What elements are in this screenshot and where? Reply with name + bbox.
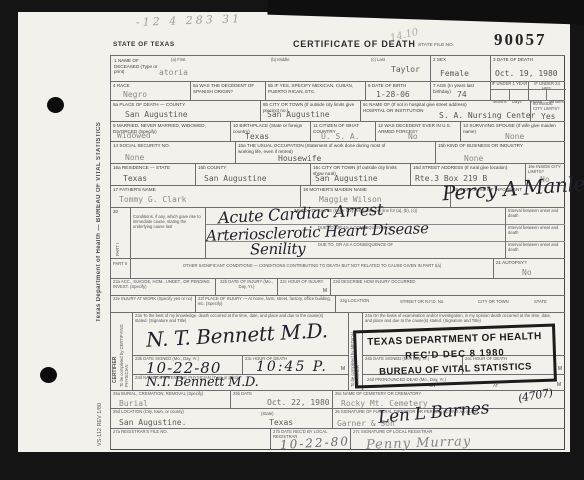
injury-manner-label: 22a ACC., SUICIDE, HOM., UNDET., OR PEND…	[111, 279, 215, 291]
birthplace-value: Texas	[245, 132, 269, 141]
field-disposition-date: 25b DATE Oct. 22, 1980	[230, 390, 332, 408]
cause-underlying-value-2: Senility	[250, 240, 306, 259]
field-sex: 2 SEX Female	[430, 55, 490, 81]
part2-number-cell: PART II	[110, 258, 130, 278]
field-marital-status: 9 MARRIED, NEVER MARRIED, WIDOWED, DIVOR…	[110, 121, 230, 141]
punch-hole-bottom	[40, 367, 57, 383]
birthplace-label: 10 BIRTHPLACE (State or foreign country)	[231, 122, 310, 135]
injury-city-label: CITY OR TOWN	[476, 299, 511, 306]
under-one-year-label: IF UNDER 1 YEAR	[491, 82, 528, 87]
death-inside-city-label: 8d INSIDE CITY LIMITS?	[531, 101, 565, 113]
field-father-name: 17 FATHER'S NAME Tommy G. Clark	[110, 185, 300, 207]
injury-describe-label: 22d DESCRIBE HOW INJURY OCCURRED	[331, 279, 565, 286]
age-value: 74	[457, 90, 467, 99]
cause-conditions-note: Conditions, if any, which gave rise to i…	[131, 214, 205, 230]
field-under-24-hours: IF UNDER 24 HRS. Hours Minutes	[528, 81, 565, 100]
field-injury-date: 22b DATE OF INJURY (Mo., Day, Yr.)	[215, 278, 277, 295]
injury-state-label: STATE	[532, 299, 549, 306]
injury-street-label: STREET OR R.F.D. No.	[398, 299, 446, 306]
disposition-type-label: 25a BURIAL, CREMATION, REMOVAL (Specify)	[111, 391, 230, 398]
part2-label: PART II	[111, 259, 130, 268]
field-disposition-location: 25d LOCATION (City, town, or county) (St…	[110, 408, 332, 428]
field-spanish-specify: 5b IF YES, SPECIFY MEXICAN, CUBAN, PUERT…	[265, 81, 365, 100]
field-under-one-year: IF UNDER 1 YEAR Months Days	[490, 81, 528, 100]
death-inside-city-value: Yes	[541, 112, 555, 121]
stamp-line-1: TEXAS DEPARTMENT OF HEALTH	[356, 332, 552, 349]
certifier-strip-title: CERTIFIER	[112, 321, 118, 383]
residence-state-label: 16a RESIDENCE — STATE	[111, 164, 195, 172]
field-injury-at-work: 22e INJURY AT WORK (Specify yes or no)	[110, 295, 195, 312]
date-of-death-value: Oct. 19, 1980	[495, 69, 558, 78]
pronounced-dead-m: M	[557, 382, 561, 388]
industry-label: 15b KIND OF BUSINESS OR INDUSTRY	[436, 142, 565, 150]
field-injury-location: 22g LOCATION STREET OR R.F.D. No. CITY O…	[335, 295, 565, 312]
spanish-specify-label: 5b IF YES, SPECIFY MEXICAN, CUBAN, PUERT…	[266, 82, 365, 95]
field-injury-manner: 22a ACC., SUICIDE, HOM., UNDET., OR PEND…	[110, 278, 215, 295]
ssn-label: 14 SOCIAL SECURITY NO.	[111, 142, 235, 150]
residence-county-value: San Augustine	[204, 174, 267, 183]
death-city-value: San Augustine	[267, 110, 330, 119]
hour-of-death-23c-value: 10:45 P.	[256, 359, 328, 375]
field-birthplace: 10 BIRTHPLACE (State or foreign country)…	[230, 121, 310, 141]
injury-hour-label: 22c HOUR OF INJURY	[278, 279, 330, 286]
marital-status-value: Widowed	[117, 131, 151, 140]
certificate-paper: -12 4 283 31 14.10 STATE OF TEXAS CERTIF…	[18, 12, 570, 452]
date-of-death-label: 3 DATE OF DEATH	[491, 56, 565, 64]
armed-forces-label: 12 WAS DECEDENT EVER IN U.S. ARMED FORCE…	[376, 122, 460, 135]
first-name-value: atoria	[159, 68, 188, 77]
field-occupation: 15a THE USUAL OCCUPATION (Statement of w…	[235, 141, 435, 163]
vital-statistics-received-stamp: TEXAS DEPARTMENT OF HEALTH REC'D DEC 8 1…	[353, 323, 557, 388]
field-surviving-spouse: 13 SURVIVING SPOUSE (If wife give maiden…	[460, 121, 565, 141]
certification-24a-label: 24a On the basis of examination and/or i…	[363, 313, 557, 325]
sex-label: 2 SEX	[431, 56, 490, 64]
disposition-date-label: 25b DATE	[231, 391, 332, 398]
registrar-file-no-label: 27a REGISTRAR'S FILE NO.	[111, 429, 270, 436]
other-conditions-label: OTHER SIGNIFICANT CONDITIONS — CONDITION…	[131, 263, 493, 270]
field-citizen: 11 CITIZEN OF WHAT COUNTRY U. S. A.	[310, 121, 375, 141]
field-death-county: 8a PLACE OF DEATH — COUNTY San Augustine	[110, 100, 260, 121]
sex-value: Female	[440, 69, 469, 78]
pencil-annotation: -12 4 283 31	[136, 12, 243, 29]
field-residence-city: 16c CITY OR TOWN (If outside city limits…	[310, 163, 410, 185]
injury-location-label: 22g LOCATION	[338, 298, 371, 305]
father-name-label: 17 FATHER'S NAME	[111, 186, 300, 194]
street-address-label: 16d STREET ADDRESS (If rural give locati…	[411, 164, 525, 172]
father-name-value: Tommy G. Clark	[119, 195, 186, 204]
date-of-birth-value: 1-28-06	[376, 90, 410, 99]
first-name-label: (a) First	[169, 57, 187, 64]
field-date-of-death: 3 DATE OF DEATH Oct. 19, 1980	[490, 55, 565, 81]
autopsy-value: No	[522, 268, 532, 277]
field-industry: 15b KIND OF BUSINESS OR INDUSTRY None	[435, 141, 565, 163]
field-hospital: 8c NAME OF (If not in hospital give stre…	[360, 100, 530, 121]
disposition-state-label: (State)	[259, 411, 276, 418]
part1-label: PART I	[116, 222, 121, 256]
punch-hole-top	[47, 97, 64, 113]
spanish-origin-label: 5a WAS THE DECEDENT OF SPANISH ORIGIN?	[191, 82, 265, 95]
field-residence-state: 16a RESIDENCE — STATE Texas	[110, 163, 195, 185]
race-label: 4 RACE	[111, 82, 190, 90]
citizen-value: U. S. A.	[321, 132, 360, 141]
other-conditions-cell: OTHER SIGNIFICANT CONDITIONS — CONDITION…	[130, 258, 493, 278]
ssn-value: None	[125, 153, 144, 162]
death-county-label: 8a PLACE OF DEATH — COUNTY	[111, 101, 260, 109]
state-file-number: 90057	[494, 30, 547, 50]
state-file-no-label: STATE FILE NO.	[418, 43, 454, 48]
certifying-physician-strip: To be completed by CERTIFYING PHYSICIAN	[120, 317, 130, 387]
field-date-of-birth: 6 DATE OF BIRTH 1-28-06	[365, 81, 430, 100]
field-ssn: 14 SOCIAL SECURITY NO. None	[110, 141, 235, 163]
field-spanish-origin: 5a WAS THE DECEDENT OF SPANISH ORIGIN?	[190, 81, 265, 100]
name-label: 1 NAME OF DECEASED (Type or print)	[112, 57, 164, 76]
field-name-of-deceased: 1 NAME OF DECEASED (Type or print) (a) F…	[110, 55, 430, 81]
state-of-texas-heading: STATE OF TEXAS	[113, 41, 175, 48]
hospital-value: S. A. Nursing Center	[439, 111, 535, 120]
field-disposition-type: 25a BURIAL, CREMATION, REMOVAL (Specify)…	[110, 390, 230, 408]
field-injury-describe: 22d DESCRIBE HOW INJURY OCCURRED	[330, 278, 565, 295]
field-injury-place: 22f PLACE OF INJURY — At home, farm, str…	[195, 295, 335, 312]
armed-forces-value: No	[408, 132, 418, 141]
field-residence-county: 16b COUNTY San Augustine	[195, 163, 310, 185]
field-registrar-file-no: 27a REGISTRAR'S FILE NO.	[110, 428, 270, 450]
occupation-value: Housewife	[278, 154, 321, 163]
cause-conditions-note-cell: Conditions, if any, which gave rise to i…	[130, 207, 205, 258]
residence-county-label: 16b COUNTY	[196, 164, 310, 172]
stamp-line-3: BUREAU OF VITAL STATISTICS	[357, 361, 553, 377]
residence-state-value: Texas	[123, 174, 147, 183]
disposition-date-value: Oct. 22, 1980	[267, 398, 330, 407]
disposition-city-value: San Augustine.	[119, 418, 186, 427]
industry-value: None	[464, 154, 483, 163]
certificate-title: CERTIFICATE OF DEATH	[293, 39, 416, 49]
field-armed-forces: 12 WAS DECEDENT EVER IN U.S. ARMED FORCE…	[375, 121, 460, 141]
interval-label-b: Interval between onset and death	[506, 225, 565, 237]
hour-of-death-24c-m: M	[558, 366, 562, 372]
injury-at-work-label: 22e INJURY AT WORK (Specify yes or no)	[111, 296, 195, 303]
death-county-value: San Augustine	[125, 110, 188, 119]
injury-hour-m: M	[323, 288, 327, 294]
interval-column: Interval between onset and death Interva…	[505, 207, 565, 258]
disposition-location-label: 25d LOCATION (City, town, or county)	[111, 409, 332, 416]
interval-label-a: Interval between onset and death	[506, 208, 565, 220]
middle-name-label: (b) Middle	[269, 57, 292, 64]
field-death-city: 8b CITY OR TOWN (If outside city limits …	[260, 100, 360, 121]
date-of-birth-label: 6 DATE OF BIRTH	[366, 82, 430, 90]
injury-place-label: 22f PLACE OF INJURY — At home, farm, str…	[196, 296, 335, 308]
stamp-line-2: REC'D DEC 8 1980	[357, 347, 553, 363]
disposition-state-value: Texas	[269, 418, 293, 427]
scanned-death-certificate: -12 4 283 31 14.10 STATE OF TEXAS CERTIF…	[0, 0, 584, 480]
hour-of-death-23c-m: M	[341, 366, 345, 372]
form-number-vertical: VS-112 REV 1/80	[97, 342, 103, 446]
disposition-type-value: Burial	[119, 399, 148, 408]
surviving-spouse-value: None	[505, 132, 524, 141]
agency-vertical-label: Texas Department of Health — BUREAU OF V…	[96, 60, 102, 322]
certifier-strip: CERTIFIER To be completed by CERTIFYING …	[110, 312, 132, 390]
local-registrar-signature: Penny Murray	[366, 434, 472, 453]
attending-physician-value: N.T. Bennett M.D.	[146, 375, 258, 390]
interval-label-c: Interval between onset and death	[506, 242, 565, 254]
field-race: 4 RACE Negro	[110, 81, 190, 100]
part1-number: 20	[111, 208, 130, 216]
field-age: 7 AGE (In years last birthday) 74	[430, 81, 490, 100]
last-name-label: (c) Last	[369, 57, 387, 64]
field-injury-hour: 22c HOUR OF INJURY M	[277, 278, 330, 295]
autopsy-label: 21 AUTOPSY?	[494, 259, 565, 267]
residence-city-value: San Augustine	[315, 174, 378, 183]
last-name-value: Taylor	[391, 65, 420, 74]
field-autopsy: 21 AUTOPSY? No	[493, 258, 565, 278]
injury-date-label: 22b DATE OF INJURY (Mo., Day, Yr.)	[216, 279, 277, 291]
pronounced-dead-at: AT	[491, 383, 500, 390]
cause-part1-number-cell: 20 PART I	[110, 207, 130, 258]
mother-name-label: 18 MOTHER'S MAIDEN NAME	[301, 186, 450, 194]
field-death-inside-city: 8d INSIDE CITY LIMITS? Yes	[530, 100, 565, 121]
race-value: Negro	[123, 90, 147, 99]
